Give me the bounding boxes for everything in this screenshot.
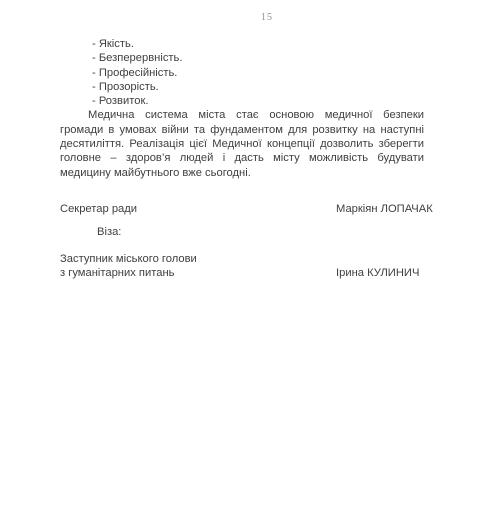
signature-row-secretary: Секретар ради Маркіян ЛОПАЧАК <box>60 202 460 216</box>
visa-label: Віза: <box>97 225 121 239</box>
list-item: - Розвиток. <box>60 94 424 108</box>
list-item: - Безперервність. <box>60 51 424 65</box>
body-paragraph: Медична система міста стає основою медич… <box>60 108 424 179</box>
deputy-title-line1: Заступник міського голови <box>60 252 460 266</box>
list-item: - Професійність. <box>60 66 424 80</box>
secretary-title: Секретар ради <box>60 203 137 215</box>
secretary-name: Маркіян ЛОПАЧАК <box>336 202 433 216</box>
list-item: - Якість. <box>60 37 424 51</box>
document-body: - Якість. - Безперервність. - Професійні… <box>60 37 424 180</box>
page-number: 15 <box>252 12 282 23</box>
list-item: - Прозорість. <box>60 80 424 94</box>
values-list: - Якість. - Безперервність. - Професійні… <box>60 37 424 108</box>
document-page: 15 - Якість. - Безперервність. - Професі… <box>0 0 480 524</box>
signature-row-deputy: Заступник міського голови з гуманітарних… <box>60 252 460 281</box>
deputy-name: Ірина КУЛИНИЧ <box>336 266 419 280</box>
